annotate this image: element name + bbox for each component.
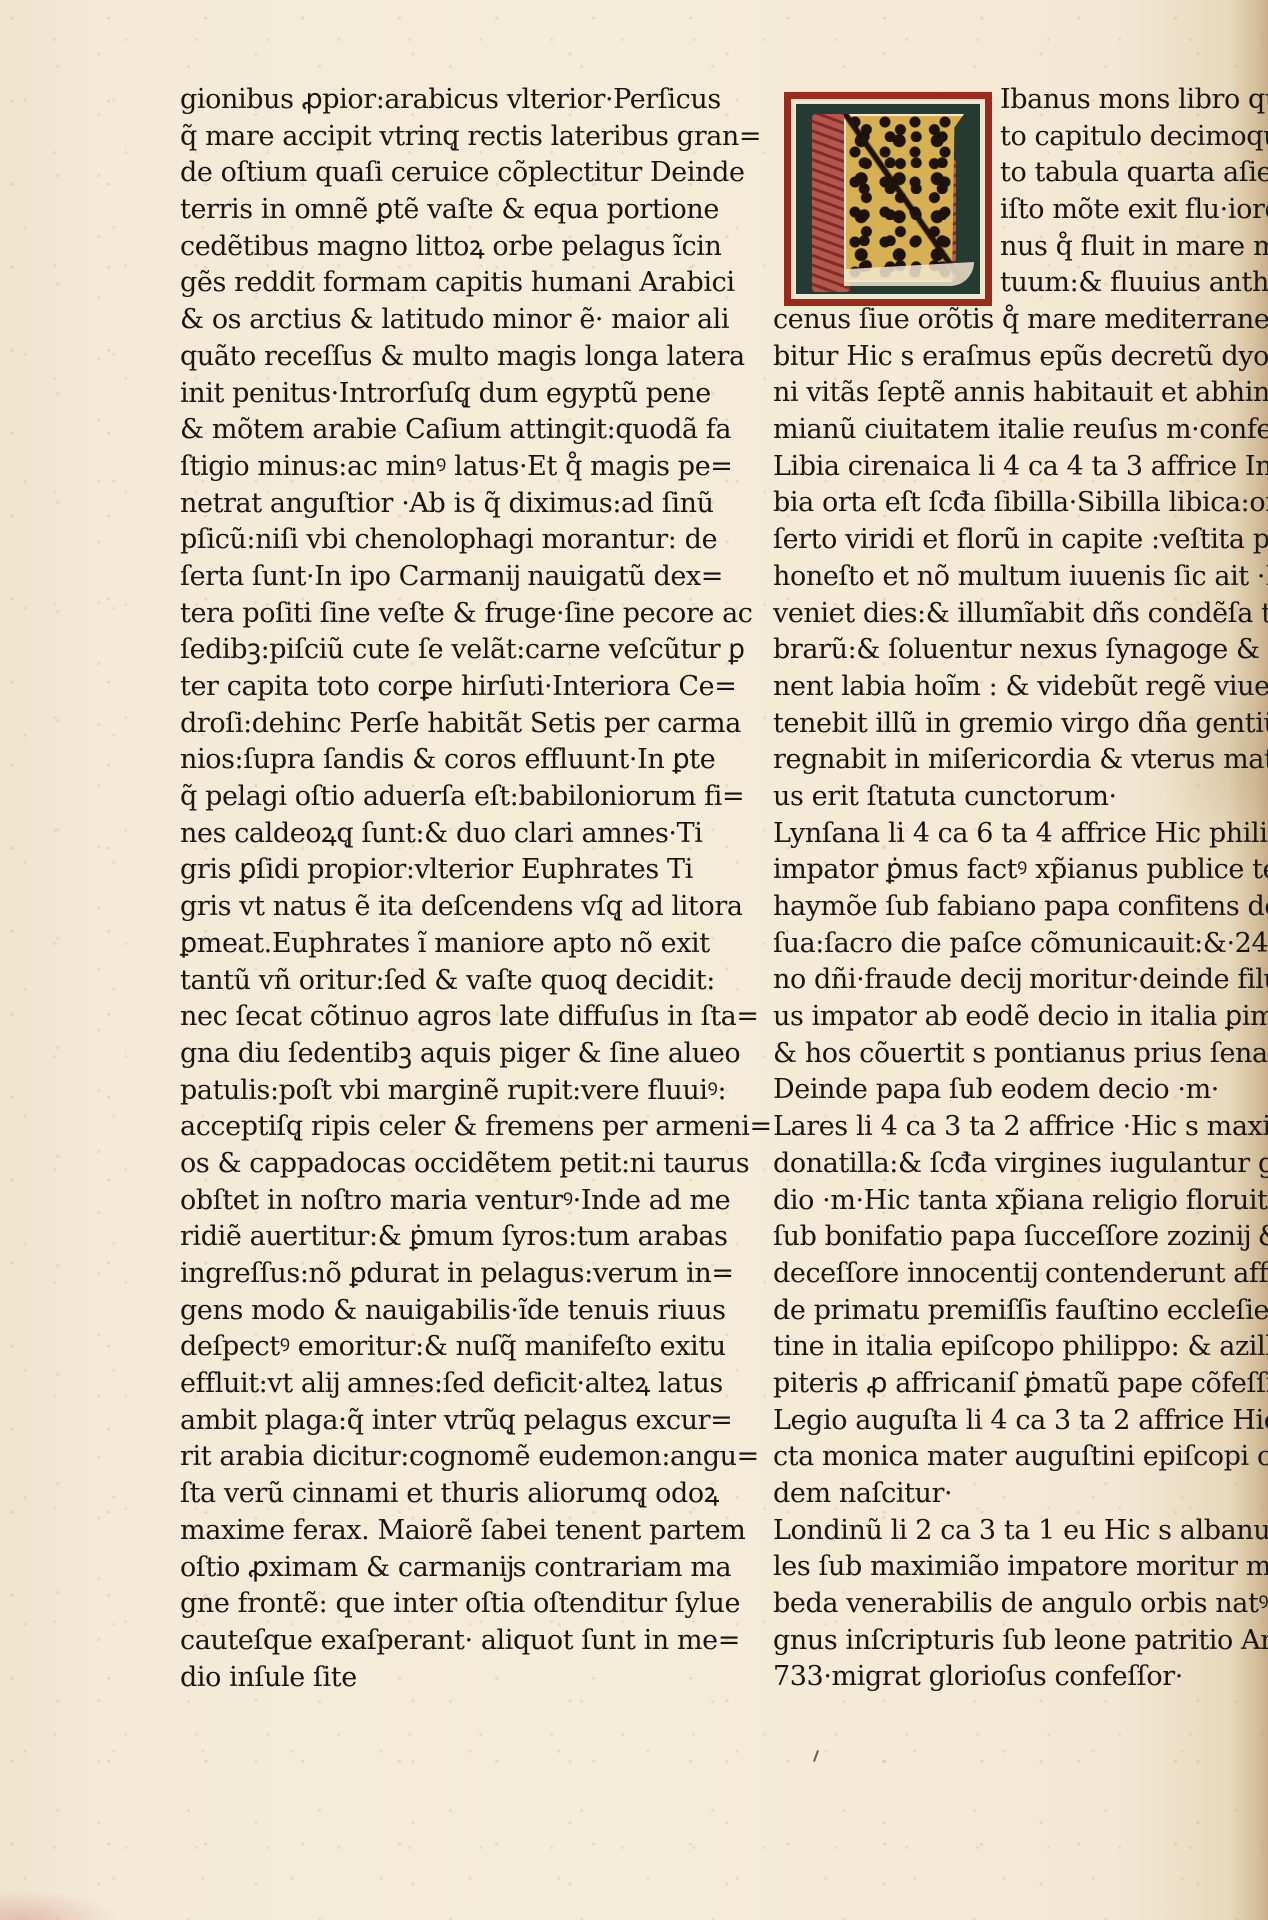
text-line: Legio auguſta li 4 ca 3 ta 2 affrice Hic… <box>773 1403 1243 1440</box>
text-line: 733·migrat glorioſus confeſſor· <box>773 1659 1243 1696</box>
text-line: piteris ꝓ affricaniſ ꝑ̇matũ pape cõfeſſi… <box>773 1366 1243 1403</box>
text-line: impator ꝑ̇mus factꝰ xp̃ianus publice teſ… <box>773 852 1243 889</box>
text-line: veniet dies:& illumĩabit dñs condẽſa ten… <box>773 596 1243 633</box>
text-line: deceſſore innocentĳ contenderunt affrica… <box>773 1256 1243 1293</box>
text-line: netrat anguſtior ·Ab is q̃ diximus:ad ſi… <box>180 486 580 523</box>
text-line: ſerto viridi et florũ in capite :veſtita… <box>773 522 1243 559</box>
text-line: gẽs reddit formam capitis humani Arabici <box>180 265 580 302</box>
text-line: Libia cirenaica li 4 ca 4 ta 3 affrice I… <box>773 449 1243 486</box>
text-line: bitur Hic s eraſmus epũs decretũ dyoclet… <box>773 339 1243 376</box>
text-line: Lynſana li 4 ca 6 ta 4 affrice Hic phili… <box>773 816 1243 853</box>
text-line: ſua:ſacro die paſce cõmunicauit:&·243·ã= <box>773 926 1243 963</box>
text-line: gris vt natus ẽ ita deſcendens vſq̨ ad l… <box>180 889 580 926</box>
text-line: us impator ab eodẽ decio in italia ꝑimit… <box>773 999 1243 1036</box>
text-line: nes caldeoꝝq̨ ſunt:& duo clari amnes·Ti <box>180 816 580 853</box>
text-line: obſtet in noſtro maria venturꝰ·Inde ad m… <box>180 1183 580 1220</box>
text-line: os & cappadocas occidẽtem petit:ni tauru… <box>180 1146 580 1183</box>
text-line: ſedibꝫ:piſciũ cute ſe velãt:carne veſcũt… <box>180 632 580 669</box>
text-line: q̃ mare accipit vtrinq̨ rectis lateribus… <box>180 119 580 156</box>
text-line: gna diu ſedentibꝫ aquis piger & ſine alu… <box>180 1036 580 1073</box>
initial-ground <box>796 104 980 294</box>
text-line: init penitus·Introrſuſq̨ dum egyptũ pene <box>180 376 580 413</box>
text-line: dem naſcitur· <box>773 1476 1243 1513</box>
text-line: gens modo & nauigabilis·ĩde tenuis riuus <box>180 1293 580 1330</box>
text-line: donatilla:& ſcđa virgines iugulantur gla… <box>773 1146 1243 1183</box>
text-line: mianũ ciuitatem italie reuſus m·confeß· <box>773 412 1243 449</box>
text-line: us erit ſtatuta cunctorum· <box>773 779 1243 816</box>
text-line: cedẽtibus magno littoꝝ orbe pelagus ĩcin <box>180 229 580 266</box>
paper-stain <box>0 1890 120 1920</box>
text-line: nent labia hoĩm : & videbũt regẽ viuenti… <box>773 669 1243 706</box>
text-line: acceptiſq̨ ripis celer & fremens per arm… <box>180 1109 580 1146</box>
text-line: tine in italia epiſcopo philippo: & azil… <box>773 1329 1243 1366</box>
text-line: ingreſſus:nõ ꝑdurat in pelagus:verum in= <box>180 1256 580 1293</box>
text-line: ni vitãs ſeptẽ annis habitauit et abhinc… <box>773 375 1243 412</box>
text-line: quãto receſſus & multo magis longa later… <box>180 339 580 376</box>
text-line: bia orta eſt ſcđa ſibilla·Sibilla libica… <box>773 485 1243 522</box>
text-line: haymõe ſub fabiano papa confitens delict… <box>773 889 1243 926</box>
text-line: tantũ vñ oritur:ſed & vaſte quoq̨ decidi… <box>180 963 580 1000</box>
text-line: & hos cõuertit s pontianus prius ſenator… <box>773 1036 1243 1073</box>
text-line: gionibus ꝓpior:arabicus vlterior·Perſicu… <box>180 82 580 119</box>
text-line: ſta verũ cinnami et thuris aliorumq̨ odo… <box>180 1476 580 1513</box>
text-line: oſtio ꝓximam & carmanĳs contrariam ma <box>180 1550 580 1587</box>
text-line: rit arabia dicitur:cognomẽ eudemon:angu= <box>180 1439 580 1476</box>
text-line: ſub bonifatio papa ſucceſſore zozinĳ & p… <box>773 1219 1243 1256</box>
text-line: & mõtem arabie Caſium attingit:quodã fa <box>180 412 580 449</box>
text-line: beda venerabilis de angulo orbis natꝰ ma <box>773 1586 1243 1623</box>
text-line: de oſtium quaſi ceruice cõplectitur Dein… <box>180 155 580 192</box>
text-line: tuum:& fluuius anthio= <box>1000 265 1250 302</box>
text-line: tera poſiti ſine veſte & fruge·ſine peco… <box>180 596 580 633</box>
text-line: gris ꝑſidi propior:vlterior Euphrates Ti <box>180 852 580 889</box>
text-line: ſtigio minus:ac minꝰ latus·Et q̊ magis p… <box>180 449 580 486</box>
text-line: terris in omnẽ ꝑtẽ vaſte & equa portione <box>180 192 580 229</box>
text-line: Ibanus mons libro qui <box>1000 82 1250 119</box>
text-line: ridiẽ auertitur:& ꝑ̇mum ſyros:tum arabas <box>180 1219 580 1256</box>
text-line: Londinũ li 2 ca 3 ta 1 eu Hic s albanus … <box>773 1513 1243 1550</box>
right-text-column: cenus ſiue orõtis q̊ mare mediterraneũ i… <box>773 302 1243 1696</box>
text-line: ſerta ſunt·In ipo Carmanĳ nauigatũ dex= <box>180 559 580 596</box>
text-line: ambit plaga:q̃ inter vtrũq̨ pelagus excu… <box>180 1403 580 1440</box>
decorated-initial-letter <box>784 92 992 306</box>
right-text-beside-initial: Ibanus mons libro qui to capitulo decimo… <box>1000 82 1250 302</box>
text-line: nios:ſupra ſandis & coros effluunt·In ꝑt… <box>180 742 580 779</box>
text-line: Lares li 4 ca 3 ta 2 affrice ·Hic s maxi… <box>773 1109 1243 1146</box>
text-line: ter capita toto corꝑe hirſuti·Interiora … <box>180 669 580 706</box>
text-line: tenebit illũ in gremio virgo dña gentiũ … <box>773 706 1243 743</box>
ink-mark <box>813 1750 819 1762</box>
text-line: & os arctius & latitudo minor ẽ· maior a… <box>180 302 580 339</box>
text-line: maxime ferax. Maiorẽ ſabei tenent partem <box>180 1513 580 1550</box>
text-line: honeſto et nõ multum iuuenis ſic ait ·Ec… <box>773 559 1243 596</box>
text-line: droſi:dehinc Perſe habitãt Setis per car… <box>180 706 580 743</box>
text-line: pſicũ:niſi vbi chenolophagi morantur: de <box>180 522 580 559</box>
text-line: gnus inſcripturis ſub leone patritio Ann… <box>773 1623 1243 1660</box>
text-line: Deinde papa ſub eodem decio ·m· <box>773 1072 1243 1109</box>
initial-letter-stroke <box>844 114 964 282</box>
text-line: nec ſecat cõtinuo agros late diffuſus in… <box>180 999 580 1036</box>
text-line: dio ·m·Hic tanta xp̃iana religio floruit… <box>773 1183 1243 1220</box>
text-line: deſpectꝰ emoritur:& nuſq̃ manifeſto exit… <box>180 1329 580 1366</box>
text-line: les ſub maximião impatore moritur m·Hic <box>773 1549 1243 1586</box>
text-line: effluit:vt alĳ amnes:ſed deficit·alteꝝ l… <box>180 1366 580 1403</box>
text-line: no dñi·fraude decĳ moritur·deinde filuis… <box>773 962 1243 999</box>
text-line: gne frontẽ: que inter oſtia oſtenditur ſ… <box>180 1586 580 1623</box>
text-line: to tabula quarta aſie Ab <box>1000 155 1250 192</box>
text-line: nus q̊ fluit in mare mor <box>1000 229 1250 266</box>
text-line: dio inſule ſite <box>180 1660 580 1697</box>
text-line: to capitulo decimoquin <box>1000 119 1250 156</box>
text-line: brarũ:& ſoluentur nexus ſynagoge & deſi= <box>773 632 1243 669</box>
text-line: cauteſque exaſperant· aliquot ſunt in me… <box>180 1623 580 1660</box>
text-line: iſto mõte exit flu·iorda <box>1000 192 1250 229</box>
text-line: cta monica mater auguſtini epiſcopi cũ e… <box>773 1439 1243 1476</box>
text-line: ꝑmeat.Euphrates ĩ maniore apto nõ exit <box>180 926 580 963</box>
text-line: patulis:poſt vbi marginẽ rupit:vere fluu… <box>180 1073 580 1110</box>
manuscript-page: gionibus ꝓpior:arabicus vlterior·Perſicu… <box>0 0 1268 1920</box>
text-line: regnabit in miſericordia & vterus matris… <box>773 742 1243 779</box>
text-line: de primatu premiſſis fauſtino eccleſie p… <box>773 1293 1243 1330</box>
left-text-column: gionibus ꝓpior:arabicus vlterior·Perſicu… <box>180 82 580 1696</box>
text-line: cenus ſiue orõtis q̊ mare mediterraneũ i… <box>773 302 1243 339</box>
text-line: q̃ pelagi oſtio aduerſa eſt:babiloniorum… <box>180 779 580 816</box>
